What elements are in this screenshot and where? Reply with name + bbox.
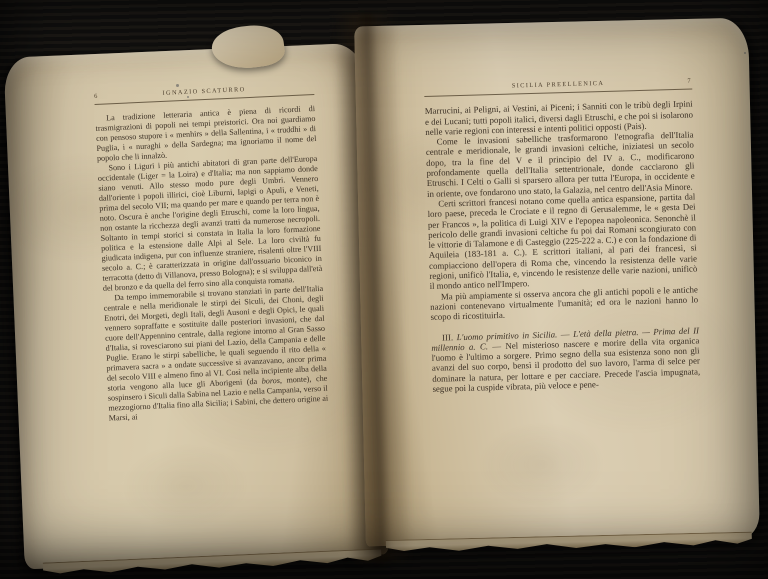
dust-speck: [744, 52, 746, 54]
paragraph: III. L'uomo primitivo in Sicilia. — L'et…: [431, 325, 701, 394]
paragraph: Come le invasioni sabelliche trasformaro…: [425, 130, 695, 199]
left-page-text: 6 IGNAZIO SCATURRO La tradizione lettera…: [94, 82, 329, 424]
text-run: —: [557, 328, 573, 338]
paragraph: Sono i Liguri i più antichi abitatori di…: [97, 154, 323, 294]
text-run: III.: [442, 332, 457, 342]
text-run: La tradizione letteraria antica è piena …: [95, 104, 316, 163]
paragraph: Certi scrittori francesi notano come que…: [427, 191, 697, 291]
right-page-text: SICILIA PREELLENICA 7 Marrucini, ai Peli…: [424, 77, 701, 395]
italic-text-run: boros: [262, 376, 281, 386]
text-run: Ma più ampiamente si osserva ancora che …: [430, 284, 698, 322]
left-page-paragraphs: La tradizione letteraria antica è piena …: [95, 104, 329, 424]
page-edge-stack-left: [43, 548, 382, 575]
text-run: Come le invasioni sabelliche trasformaro…: [426, 130, 695, 199]
text-run: Certi scrittori francesi notano come que…: [427, 191, 697, 291]
header-spacer: [300, 88, 314, 89]
page-edge-stack-right: [385, 532, 752, 553]
paragraph: Ma più ampiamente si osserva ancora che …: [430, 284, 699, 322]
dust-speck: [176, 84, 179, 87]
open-book-photo: 6 IGNAZIO SCATURRO La tradizione lettera…: [0, 0, 768, 579]
right-page-paragraphs: Marrucini, ai Peligni, ai Vestini, ai Pi…: [425, 99, 701, 394]
text-run: Sono i Liguri i più antichi abitatori di…: [98, 154, 323, 293]
paragraph: Da tempo immemorabile si trovano stanzia…: [103, 284, 329, 424]
page-number-left: 6: [94, 91, 108, 102]
page-number-right: 7: [678, 77, 692, 88]
